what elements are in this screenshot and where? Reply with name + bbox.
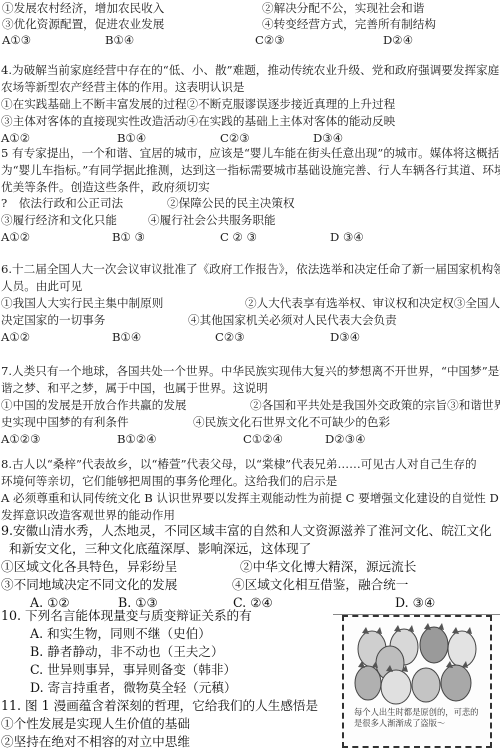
q11-stem: 11. 图 1 漫画蕴含着深刻的哲理，它给我们的人生感悟是: [1, 698, 318, 714]
q7-stem-line-2: 谐之梦、和平之梦，属于中国，也属于世界。这说明: [1, 380, 268, 396]
q4-options-line-2: ③主体对客体的直接现实性改造活动④在实践的基础上主体对客体的能动反映: [1, 113, 395, 129]
q4-stem-line-2: 农场等新型农产经营主体的作用。这表明认识是: [1, 79, 244, 95]
q3-answer-d: D②④: [383, 32, 413, 48]
q3-answer-b: B①④: [105, 32, 134, 48]
q9-answer-d: D. ③④: [395, 595, 435, 611]
q10-stem: 10. 下列名言能体现量变与质变辩证关系的有: [1, 608, 252, 624]
q4-answer-c: C②③: [220, 130, 250, 146]
q6-option-2-3: ②人大代表享有选举权、审议权和决定权③全国人大: [245, 295, 500, 311]
q5-option-2: ②保障公民的民主决策权: [167, 195, 295, 211]
q6-stem-line-2: 人员。由此可见: [1, 278, 82, 294]
q10-option-a: A. 和实生物，同则不继（史伯）: [30, 626, 211, 642]
q6-answer-d: D③④: [330, 329, 360, 345]
q7-option-3-cont: 史实现中国梦的有利条件: [1, 414, 129, 430]
cartoon-figure: 每个人出生时都是原创的，可悲的是很多人渐渐成了盗版～: [342, 615, 492, 748]
q8-stem-line-1: 8.古人以“桑梓”代表故乡，以“椿萱”代表父母，以“棠棣”代表兄弟……可见古人对…: [1, 456, 477, 472]
q3-answer-a: A①③: [2, 32, 31, 48]
q3-answer-c: C②③: [255, 32, 285, 48]
q3-option-2: ②解决分配不公，实现社会和谐: [262, 0, 424, 16]
q6-option-3-cont: 决定国家的一切事务: [1, 312, 105, 328]
q7-answer-a: A①②③: [1, 431, 41, 447]
q7-answer-c: C①②④: [243, 431, 283, 447]
q4-stem-line-1: 4.为破解当前家庭经营中存在的“低、小、散”难题，推动传统农业升级、党和政府强调…: [1, 62, 499, 78]
cartoon-caption: 每个人出生时都是原创的，可悲的是很多人渐渐成了盗版～: [354, 707, 486, 729]
q3-option-4: ④转变经营方式，完善所有制结构: [262, 16, 436, 32]
q9-stem-line-1: 9.安徽山清水秀，人杰地灵，不同区域丰富的自然和人文资源滋养了淮河文化、皖江文化: [1, 523, 492, 539]
q5-answer-d: D ③④: [330, 229, 364, 245]
q8-options-line-2: 发挥意识改造客观世界的能动作用: [1, 507, 175, 523]
q5-stem-line-1: 5 有专家提出，一个和谐、宜居的城市，应该是“婴儿车能在街头任意出现”的城市。媒…: [1, 145, 499, 161]
q7-stem-line-1: 7.人类只有一个地球，各国共处一个世界。中华民族实现伟大复兴的梦想离不开世界，“…: [1, 363, 500, 379]
q5-option-3: ③履行经济和文化只能: [1, 212, 117, 228]
q9-option-1: ①区域文化各具特色，异彩纷呈: [1, 559, 177, 575]
q8-options-line-1: A 必须尊重和认同传统文化 B 认识世界要以发挥主观能动性为前提 C 要增强文化…: [1, 490, 500, 506]
q10-option-d: D. 寄言持重者，微物莫全轻（元稹）: [30, 680, 237, 696]
q9-option-4: ④区域文化相互借鉴，融合统一: [232, 577, 408, 593]
q6-answer-b: B①④: [112, 329, 141, 345]
q7-answer-b: B①②④: [117, 431, 157, 447]
q3-option-3: ③优化资源配置，促进农业发展: [2, 16, 164, 32]
q7-option-2-3: ②各国和平共处是我国外交政策的宗旨③和谐世界: [250, 397, 500, 413]
q11-option-1: ①个性发展是实现人生价值的基础: [1, 716, 190, 732]
q6-option-1: ①我国人大实行民主集中制原则: [1, 295, 163, 311]
q5-option-1: ? 依法行政和公正司法: [1, 195, 123, 211]
q7-option-4: ④民族文化石世界文化不可缺少的色彩: [193, 414, 390, 430]
q9-option-2: ②中华文化博大精深，源远流长: [240, 559, 416, 575]
swaddled-cats-illustration: [352, 623, 482, 705]
q6-answer-a: A①②: [1, 329, 30, 345]
q3-option-1: ①发展农村经济，增加农民收入: [2, 0, 164, 16]
q6-option-4: ④其他国家机关必须对人民代表大会负责: [188, 312, 397, 328]
q5-stem-line-3: 优美等条件。创造这些条件，政府须切实: [1, 179, 210, 195]
q4-answer-d: D③④: [313, 130, 343, 146]
q5-option-4: ④履行社会公共服务职能: [148, 212, 276, 228]
q6-answer-c: C②③: [215, 329, 245, 345]
q5-answer-c: C ② ③: [220, 229, 257, 245]
exam-page: ①发展农村经济，增加农民收入 ②解决分配不公，实现社会和谐 ③优化资源配置，促进…: [0, 0, 500, 753]
q9-stem-line-2: 和新安文化，三种文化底蕴深厚、影响深远，这体现了: [9, 541, 311, 557]
q4-answer-b: B①④: [117, 130, 146, 146]
q7-answer-d: D②③④: [325, 431, 365, 447]
q6-stem-line-1: 6.十二届全国人大一次会议审议批准了《政府工作报告》，依法选举和决定任命了新一届…: [1, 261, 500, 277]
q4-options-line-1: ①在实践基础上不断丰富发展的过程②不断克服谬误逐步接近真理的上升过程: [1, 96, 395, 112]
q10-option-b: B. 静者静动，非不动也（王夫之）: [30, 644, 224, 660]
q11-option-2: ②坚持在绝对不相容的对立中思维: [1, 734, 190, 750]
q7-option-1: ①中国的发展是开放合作共赢的发展: [1, 397, 187, 413]
q4-answer-a: A①②: [1, 130, 30, 146]
q5-answer-a: A①②: [1, 229, 30, 245]
q5-answer-b: B① ③: [112, 229, 145, 245]
q5-stem-line-2: 为“婴儿车指标。”有同学据此推测，达到这一指标需要城市基础设施完善、行人车辆各行…: [1, 162, 500, 178]
q8-stem-line-2: 环境何等亲切，它们能够把周围的事务伦理化。这给我们的启示是: [1, 473, 337, 489]
q10-option-c: C. 世异则事异，事异则备变（韩非）: [30, 662, 236, 678]
q9-option-3: ③不同地域决定不同文化的发展: [1, 577, 177, 593]
